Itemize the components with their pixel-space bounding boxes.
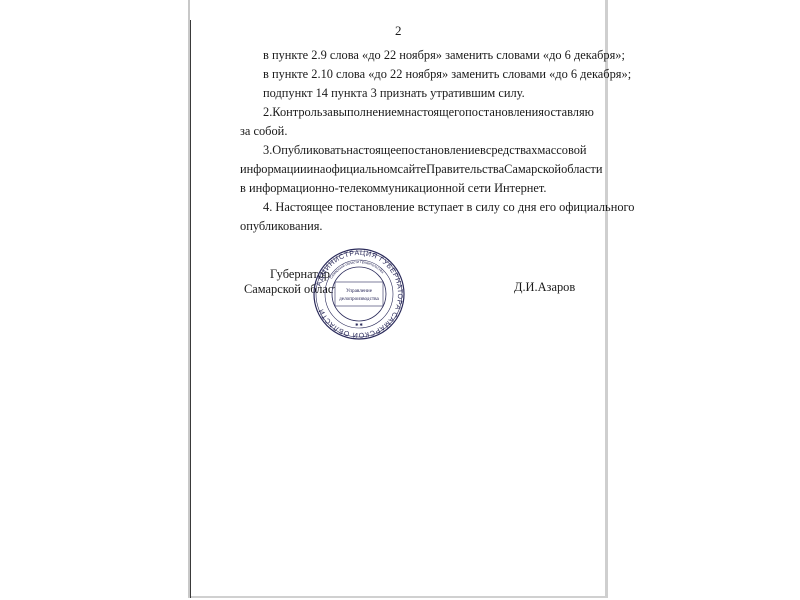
stamp-star-icon: ✱ ✱ (355, 322, 363, 327)
word: настоящего (405, 105, 466, 119)
word: 3. (263, 143, 272, 157)
word: средствах (486, 143, 538, 157)
word: области (561, 162, 602, 176)
stamp-center-line2: делопроизводства (339, 296, 379, 302)
text-line-justified: информацииинаофициальномсайтеПравительст… (240, 162, 563, 176)
word: постановление (401, 143, 480, 157)
word: выполнением (333, 105, 405, 119)
word: Правительства (426, 162, 504, 176)
text-line: за собой. (240, 124, 287, 138)
word: 2. (263, 105, 272, 119)
word: за (322, 105, 332, 119)
signatory-name: Д.И.Азаров (514, 280, 575, 295)
text-line: подпункт 14 пункта 3 признать утратившим… (263, 86, 525, 100)
word: постановления (465, 105, 544, 119)
official-stamp: АДМИНИСТРАЦИЯ ГУБЕРНАТОРА САМАРСКОЙ ОБЛА… (312, 247, 406, 341)
text-line-justified: 3.Опубликоватьнастоящеепостановлениевсре… (263, 143, 563, 157)
word: информации (240, 162, 307, 176)
text-line: опубликования. (240, 219, 323, 233)
word: оставляю (544, 105, 594, 119)
text-line-justified: 2.Контрользавыполнениемнастоящегопостано… (263, 105, 563, 119)
word: и (307, 162, 314, 176)
word: массовой (538, 143, 587, 157)
word: Самарской (504, 162, 561, 176)
page-edge (190, 20, 191, 598)
word: Контроль (272, 105, 322, 119)
text-line: в информационно-телекоммуникационной сет… (240, 181, 547, 195)
text-line: 4. Настоящее постановление вступает в си… (263, 200, 635, 214)
stamp-center-line1: Управление (346, 288, 373, 294)
word: Опубликовать (272, 143, 346, 157)
text-line: в пункте 2.9 слова «до 22 ноября» замени… (263, 48, 625, 62)
document-viewer: 2 в пункте 2.9 слова «до 22 ноября» заме… (0, 0, 800, 600)
text-line: в пункте 2.10 слова «до 22 ноября» замен… (263, 67, 631, 81)
word: настоящее (346, 143, 401, 157)
word: на (313, 162, 325, 176)
word: сайте (397, 162, 426, 176)
word: официальном (325, 162, 397, 176)
page-number: 2 (395, 23, 402, 39)
